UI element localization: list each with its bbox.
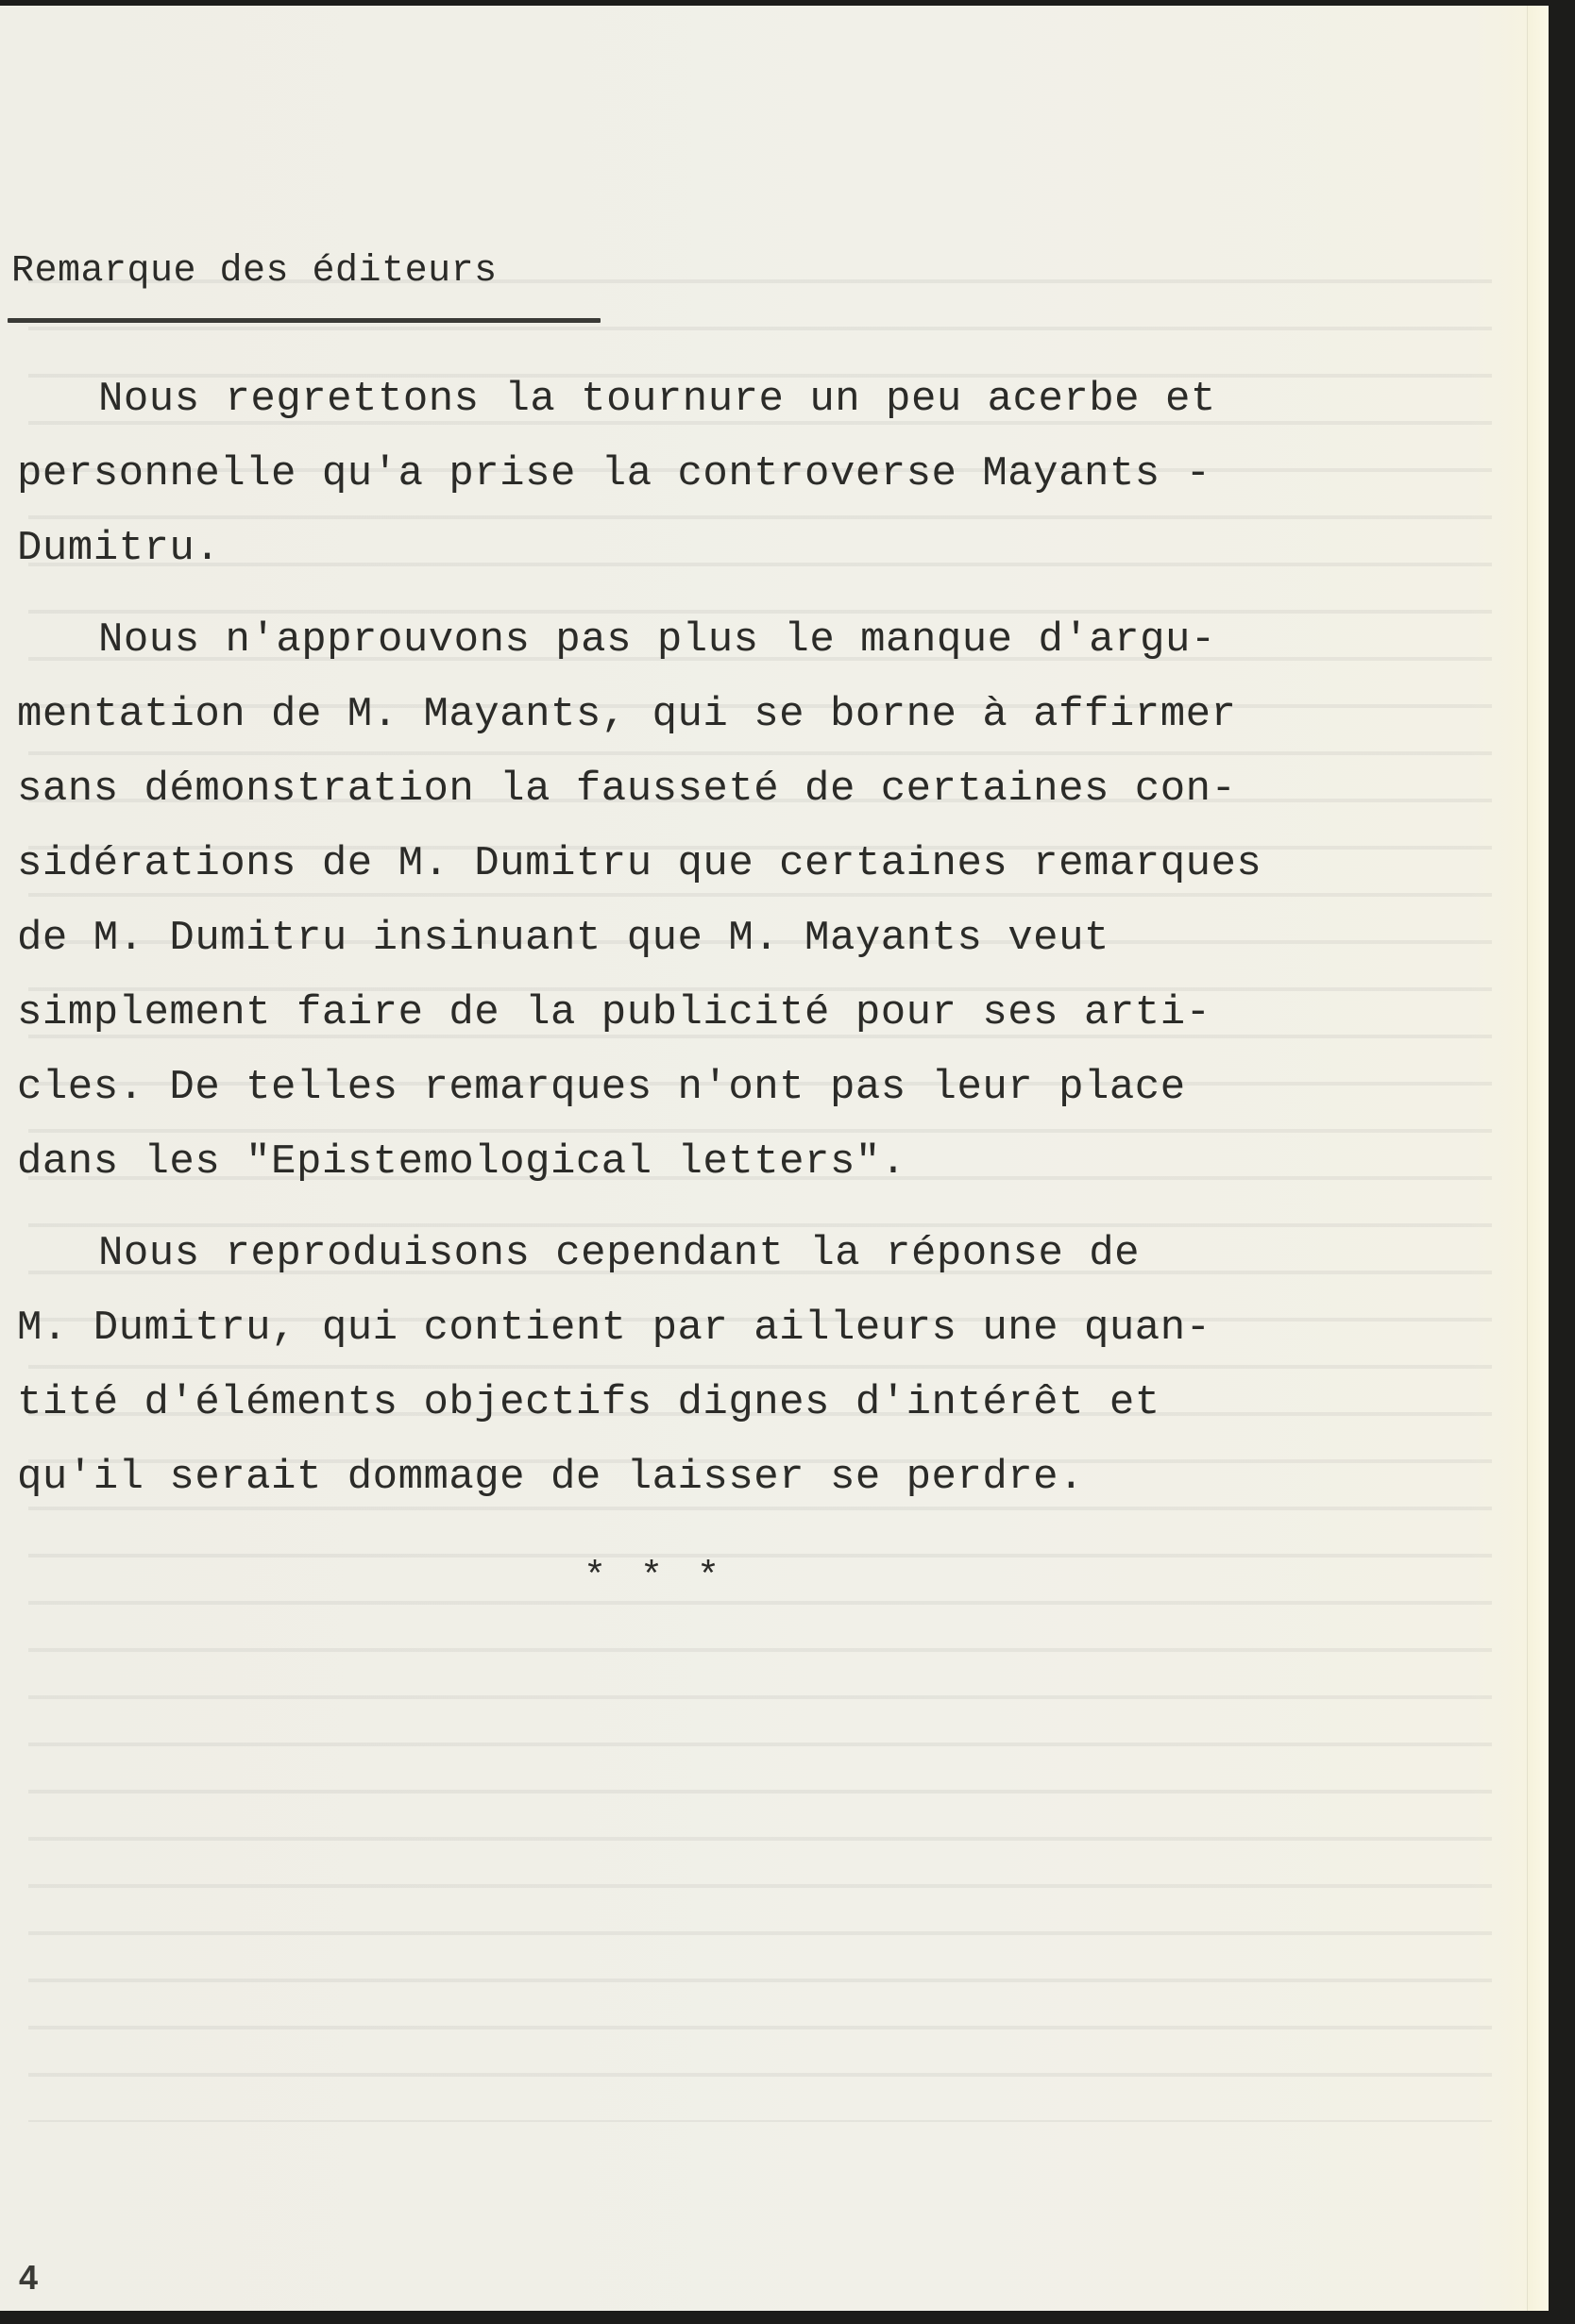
text-line: Dumitru. — [17, 512, 1433, 586]
text-line: Nous n'approuvons pas plus le manque d'a… — [17, 603, 1433, 678]
text-line: Nous regrettons la tournure un peu acerb… — [17, 362, 1433, 437]
page-edge — [1527, 6, 1549, 2311]
text-line: de M. Dumitru insinuant que M. Mayants v… — [17, 901, 1433, 976]
text-line: Nous reproduisons cependant la réponse d… — [17, 1217, 1433, 1291]
text-line: dans les "Epistemological letters". — [17, 1125, 1433, 1200]
editors-note-body: Nous regrettons la tournure un peu acerb… — [17, 362, 1433, 1532]
text-line: tité d'éléments objectifs dignes d'intér… — [17, 1366, 1433, 1440]
paragraph-1: Nous regrettons la tournure un peu acerb… — [17, 362, 1433, 586]
section-heading: Remarque des éditeurs — [11, 244, 498, 300]
text-line: sidérations de M. Dumitru que certaines … — [17, 827, 1433, 901]
section-separator: * * * — [584, 1550, 725, 1607]
page-number: 4 — [19, 2258, 38, 2298]
paragraph-3: Nous reproduisons cependant la réponse d… — [17, 1217, 1433, 1515]
text-line: sans démonstration la fausseté de certai… — [17, 752, 1433, 827]
text-line: simplement faire de la publicité pour se… — [17, 976, 1433, 1051]
heading-underline — [8, 318, 601, 323]
text-line: personnelle qu'a prise la controverse Ma… — [17, 437, 1433, 512]
text-line: qu'il serait dommage de laisser se perdr… — [17, 1440, 1433, 1515]
paragraph-2: Nous n'approuvons pas plus le manque d'a… — [17, 603, 1433, 1200]
text-line: mentation de M. Mayants, qui se borne à … — [17, 678, 1433, 752]
document-page: Remarque des éditeurs Nous regrettons la… — [0, 6, 1549, 2311]
text-line: cles. De telles remarques n'ont pas leur… — [17, 1051, 1433, 1125]
text-line: M. Dumitru, qui contient par ailleurs un… — [17, 1291, 1433, 1366]
